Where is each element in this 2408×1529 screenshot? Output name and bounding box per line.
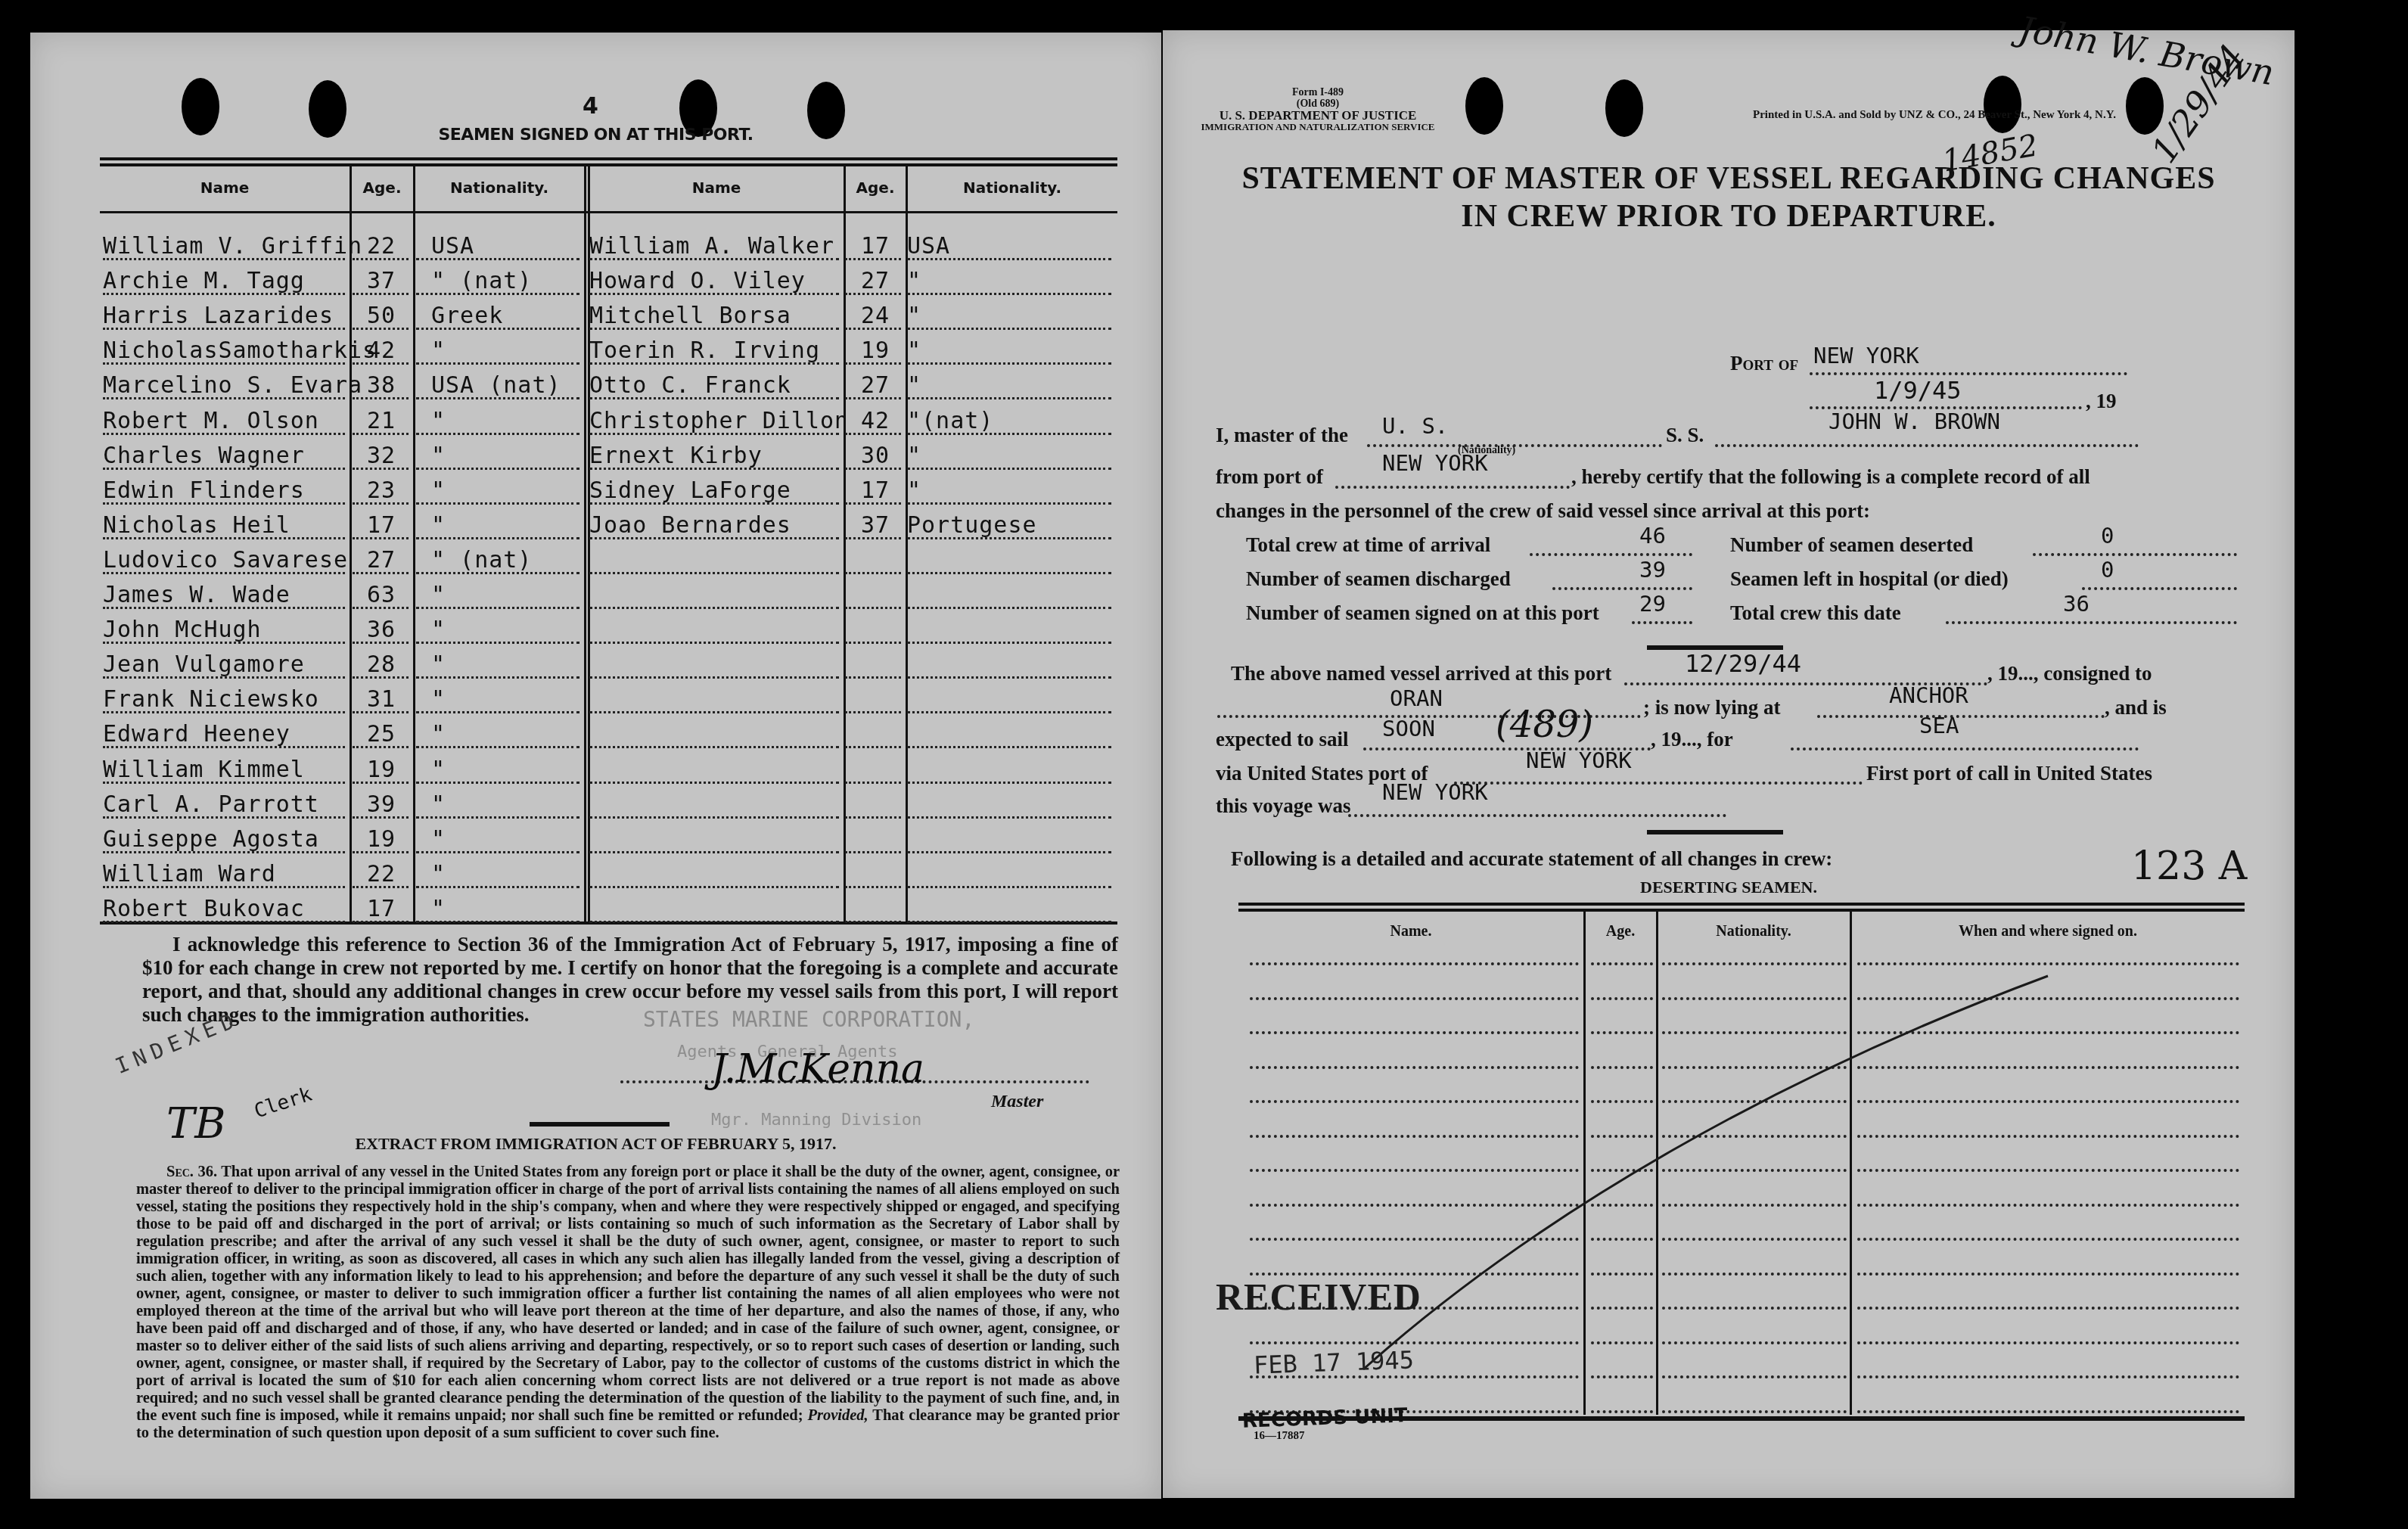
- seaman-nationality: ": [416, 686, 599, 713]
- agent-stamp-line3: Mgr. Manning Division: [711, 1111, 921, 1130]
- dotted-rule: [589, 746, 839, 748]
- dotted-rule: [589, 816, 839, 819]
- seaman-nationality: ": [416, 512, 599, 539]
- seaman-age: 36: [351, 617, 412, 643]
- seaman-nationality: ": [416, 337, 599, 364]
- seaman-name: Otto C. Franck: [589, 372, 844, 399]
- seaman-age: 38: [351, 372, 412, 399]
- seaman-nationality: Portugese: [907, 512, 1116, 539]
- header-nationality: Nationality.: [415, 179, 584, 197]
- header-nationality: Nationality.: [907, 179, 1117, 197]
- dotted-rule: [845, 886, 901, 888]
- dotted-rule: [589, 921, 839, 923]
- table-row: John McHugh36": [100, 611, 1117, 646]
- seaman-nationality: ": [416, 721, 599, 747]
- dotted-rule: [589, 851, 839, 853]
- table-row: Edwin Flinders23"Sidney LaForge17": [100, 472, 1117, 507]
- seaman-name: Mitchell Borsa: [589, 303, 844, 329]
- dotted-rule: [907, 642, 1111, 644]
- seaman-name: Joao Bernardes: [589, 512, 844, 539]
- seaman-name: William A. Walker: [589, 233, 844, 259]
- table-top-rule: [100, 157, 1117, 160]
- header-name: Name: [589, 179, 844, 197]
- seaman-nationality: ": [416, 617, 599, 643]
- left-page: 4 SEAMEN SIGNED ON AT THIS PORT. Name Ag…: [30, 33, 1161, 1499]
- dotted-rule: [589, 782, 839, 784]
- footer-code: 16—17887: [1254, 1430, 1305, 1443]
- seaman-age: 21: [351, 408, 412, 434]
- dotted-rule: [845, 711, 901, 713]
- seaman-nationality: " (nat): [416, 547, 599, 573]
- table-row: Charles Wagner32"Ernext Kirby30": [100, 437, 1117, 472]
- dotted-rule: [907, 711, 1111, 713]
- seaman-age: 17: [351, 512, 412, 539]
- seaman-age: 27: [845, 372, 906, 399]
- page-number: 4: [583, 93, 598, 120]
- seaman-nationality: " (nat): [416, 268, 599, 294]
- dotted-rule: [907, 746, 1111, 748]
- seaman-age: 23: [351, 477, 412, 504]
- seaman-age: 32: [351, 443, 412, 469]
- table-row: Robert Bukovac17": [100, 890, 1117, 925]
- header-age: Age.: [351, 179, 413, 197]
- table-row: Frank Niciewsko31": [100, 681, 1117, 716]
- table-row: NicholasSamotharkis42"Toerin R. Irving19…: [100, 332, 1117, 367]
- table-row: Jean Vulgamore28": [100, 646, 1117, 681]
- seaman-age: 39: [351, 791, 412, 818]
- table-row: Ludovico Savarese27" (nat): [100, 542, 1117, 576]
- extract-title: EXTRACT FROM IMMIGRATION ACT OF FEBRUARY…: [30, 1134, 1161, 1154]
- seaman-age: 30: [845, 443, 906, 469]
- seaman-nationality: ": [416, 896, 599, 922]
- dotted-rule: [589, 607, 839, 609]
- seaman-nationality: ": [907, 303, 1116, 329]
- dotted-rule: [907, 782, 1111, 784]
- dotted-rule: [845, 746, 901, 748]
- seaman-name: Ernext Kirby: [589, 443, 844, 469]
- table-row: Edward Heeney25": [100, 716, 1117, 751]
- seaman-nationality: ": [416, 443, 599, 469]
- seaman-age: 22: [351, 233, 412, 259]
- seaman-age: 37: [845, 512, 906, 539]
- dotted-rule: [907, 572, 1111, 574]
- seaman-age: 42: [845, 408, 906, 434]
- agent-stamp-line1: STATES MARINE CORPORATION,: [643, 1007, 974, 1032]
- divider-bar: [530, 1122, 670, 1127]
- seaman-name: Howard O. Viley: [589, 268, 844, 294]
- table-row: Harris Lazarides50GreekMitchell Borsa24": [100, 297, 1117, 332]
- seaman-nationality: ": [907, 337, 1116, 364]
- table-row: Guiseppe Agosta19": [100, 821, 1117, 856]
- clerk-label: Clerk: [251, 1083, 315, 1123]
- dotted-rule: [907, 851, 1111, 853]
- table-top-rule: [100, 163, 1117, 166]
- seaman-nationality: ": [416, 757, 599, 783]
- dotted-rule: [845, 607, 901, 609]
- seaman-nationality: "(nat): [907, 408, 1116, 434]
- seaman-age: 19: [351, 826, 412, 853]
- header-name: Name: [100, 179, 350, 197]
- seaman-nationality: ": [416, 651, 599, 678]
- seaman-age: 27: [845, 268, 906, 294]
- dotted-rule: [845, 816, 901, 819]
- seaman-nationality: ": [416, 408, 599, 434]
- received-date: FEB 17 1945: [1253, 1345, 1414, 1379]
- seaman-nationality: ": [907, 268, 1116, 294]
- seaman-age: 22: [351, 861, 412, 887]
- seaman-age: 24: [845, 303, 906, 329]
- seaman-nationality: USA (nat): [416, 372, 599, 399]
- seaman-age: 28: [351, 651, 412, 678]
- dotted-rule: [845, 782, 901, 784]
- seaman-nationality: ": [907, 372, 1116, 399]
- received-stamp: RECEIVED: [1216, 1275, 1421, 1319]
- seaman-nationality: ": [416, 826, 599, 853]
- seaman-age: 19: [845, 337, 906, 364]
- table-row: Carl A. Parrott39": [100, 786, 1117, 821]
- table-row: Marcelino S. Evara38USA (nat)Otto C. Fra…: [100, 367, 1117, 402]
- seaman-age: 17: [351, 896, 412, 922]
- dotted-rule: [907, 886, 1111, 888]
- dotted-rule: [589, 711, 839, 713]
- seaman-age: 17: [845, 477, 906, 504]
- dotted-rule: [845, 642, 901, 644]
- table-row: William V. Griffin22USAWilliam A. Walker…: [100, 228, 1117, 263]
- dotted-rule: [589, 572, 839, 574]
- section-label: Sec. 36.: [166, 1164, 217, 1180]
- dotted-rule: [907, 921, 1111, 923]
- dotted-rule: [845, 676, 901, 679]
- dotted-rule: [589, 886, 839, 888]
- table-row: Nicholas Heil17"Joao Bernardes37Portuges…: [100, 507, 1117, 542]
- table-row: James W. Wade63": [100, 576, 1117, 611]
- header-age: Age.: [845, 179, 906, 197]
- seaman-name: Toerin R. Irving: [589, 337, 844, 364]
- section-title: SEAMEN SIGNED ON AT THIS PORT.: [30, 126, 1161, 145]
- seaman-nationality: ": [907, 477, 1116, 504]
- dotted-rule: [907, 816, 1111, 819]
- table-row: William Ward22": [100, 856, 1117, 890]
- seaman-nationality: USA: [907, 233, 1116, 259]
- seaman-age: 27: [351, 547, 412, 573]
- dotted-rule: [589, 642, 839, 644]
- seaman-nationality: ": [416, 477, 599, 504]
- section-36-text: Sec. 36. That upon arrival of any vessel…: [136, 1164, 1120, 1442]
- seaman-age: 25: [351, 721, 412, 747]
- master-signature: J.McKenna: [711, 1046, 924, 1092]
- seaman-age: 50: [351, 303, 412, 329]
- seaman-name: Christopher Dillon: [589, 408, 844, 434]
- dotted-rule: [845, 572, 901, 574]
- seaman-age: 42: [351, 337, 412, 364]
- seaman-age: 19: [351, 757, 412, 783]
- seaman-nationality: ": [416, 582, 599, 608]
- dotted-rule: [907, 676, 1111, 679]
- seaman-age: 17: [845, 233, 906, 259]
- table-row: William Kimmel19": [100, 751, 1117, 786]
- dotted-rule: [845, 921, 901, 923]
- section-body: That upon arrival of any vessel in the U…: [136, 1164, 1120, 1424]
- master-label: Master: [991, 1092, 1043, 1112]
- table-row: Robert M. Olson21"Christopher Dillon42"(…: [100, 402, 1117, 437]
- dotted-rule: [589, 676, 839, 679]
- right-page: Form I-489 (Old 689) U. S. DEPARTMENT OF…: [1163, 30, 2295, 1498]
- seaman-age: 63: [351, 582, 412, 608]
- table-header-rule: [100, 211, 1117, 213]
- seaman-nationality: ": [416, 861, 599, 887]
- seaman-age: 31: [351, 686, 412, 713]
- seaman-name: Sidney LaForge: [589, 477, 844, 504]
- table-row: Archie M. Tagg37" (nat)Howard O. Viley27…: [100, 263, 1117, 297]
- seaman-nationality: ": [907, 443, 1116, 469]
- seaman-nationality: Greek: [416, 303, 599, 329]
- section-provided: Provided,: [807, 1407, 868, 1424]
- dotted-rule: [845, 851, 901, 853]
- seaman-nationality: USA: [416, 233, 599, 259]
- dotted-rule: [907, 607, 1111, 609]
- seaman-age: 37: [351, 268, 412, 294]
- seaman-nationality: ": [416, 791, 599, 818]
